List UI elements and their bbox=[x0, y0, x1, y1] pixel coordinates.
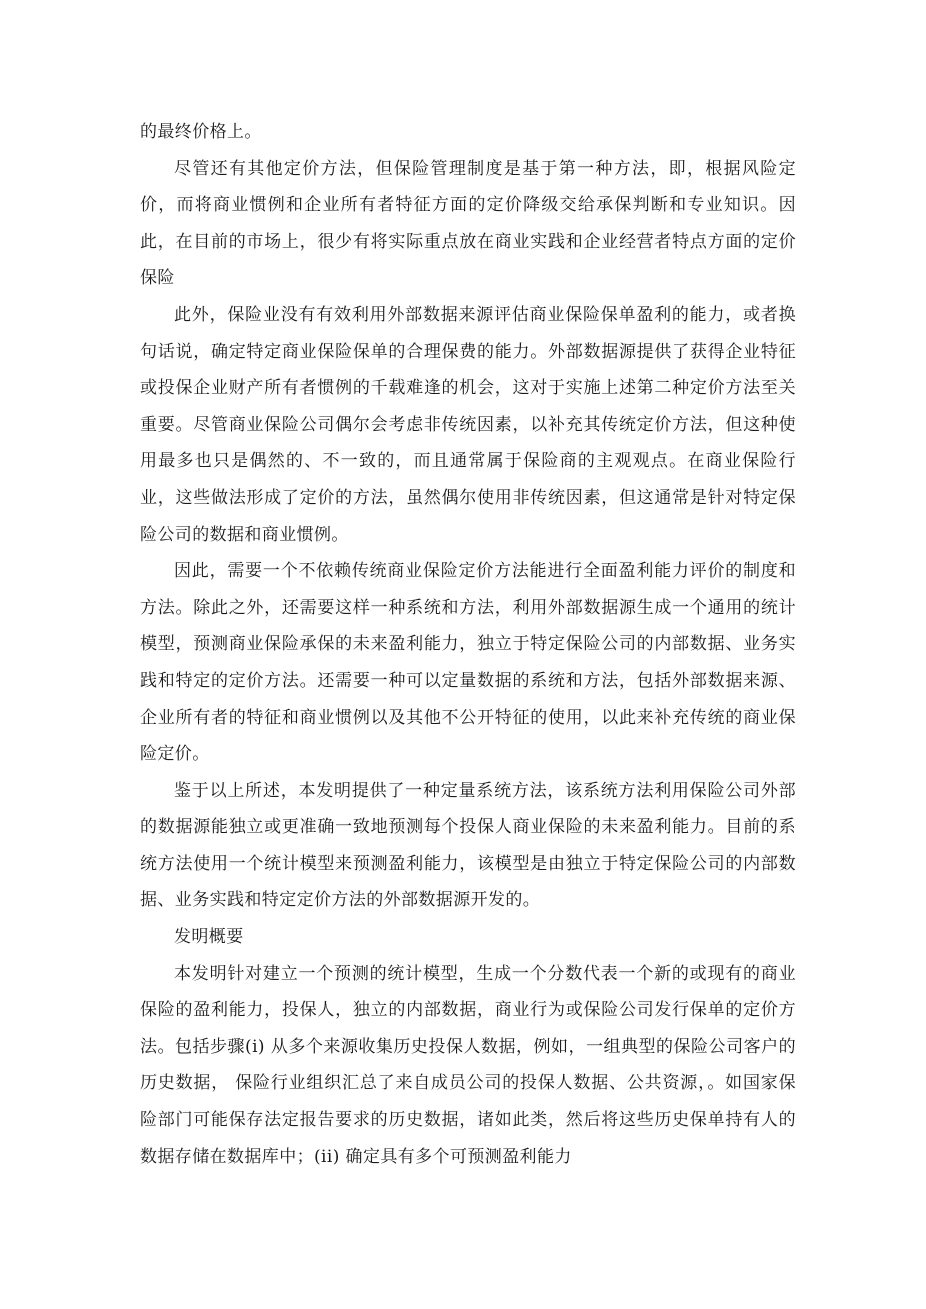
paragraph-pricing-methods: 尽管还有其他定价方法，但保险管理制度是基于第一种方法，即，根据风险定价，而将商业… bbox=[140, 151, 796, 297]
paragraph-invention-provides: 鉴于以上所述，本发明提供了一种定量系统方法，该系统方法利用保险公司外部的数据源能… bbox=[140, 773, 796, 919]
paragraph-summary: 本发明针对建立一个预测的统计模型，生成一个分数代表一个新的或现有的商业保险的盈利… bbox=[140, 956, 796, 1176]
paragraph-need: 因此，需要一个不依赖传统商业保险定价方法能进行全面盈利能力评价的制度和方法。除此… bbox=[140, 553, 796, 773]
document-page: 的最终价格上。 尽管还有其他定价方法，但保险管理制度是基于第一种方法，即，根据风… bbox=[140, 114, 796, 1175]
paragraph-continuation: 的最终价格上。 bbox=[140, 114, 796, 151]
section-heading-summary: 发明概要 bbox=[140, 919, 796, 956]
paragraph-external-data: 此外，保险业没有有效利用外部数据来源评估商业保险保单盈利的能力，或者换句话说，确… bbox=[140, 297, 796, 553]
